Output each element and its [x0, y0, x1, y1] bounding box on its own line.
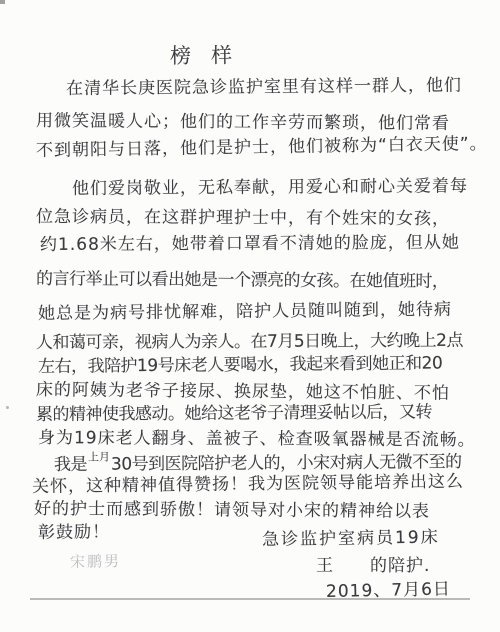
letter-line: 她总是为病号排忧解难，陪护人员随叫随到，她待病: [38, 295, 452, 324]
letter-line: 位急诊病员，在这群护理护士中，有个姓宋的女孩，: [36, 202, 450, 229]
signature-role: 的陪护.: [370, 556, 430, 576]
letter-line: 在清华长庚医院急诊监护室里有这样一群人，他们: [66, 71, 462, 99]
scanned-letter-page: 榜样 在清华长庚医院急诊监护室里有这样一群人，他们 用微笑温暖人心；他们的工作辛…: [0, 0, 500, 632]
scan-speck: [0, 0, 5, 4]
letter-line: 他们爱岗敬业，无私奉献，用爱心和耐心关爱着每: [72, 171, 468, 199]
letter-line: 的言行举止可以看出她是一个漂亮的女孩。在她值班时，: [36, 264, 449, 292]
letter-title: 榜样: [170, 39, 252, 70]
letter-line: 彰鼓励！: [38, 517, 110, 543]
pencil-signature: 宋鹏男: [70, 550, 121, 572]
signature-name: 王的陪护.: [316, 551, 430, 576]
inline-insertion: 上月: [88, 451, 110, 464]
signature-surname: 王: [316, 556, 334, 576]
letter-line: 累的精神使我感动。她给这老爷子清理妥帖以后，又转: [36, 397, 432, 425]
letter-line: 关怀，这种精神值得赞扬！我为医院领导能培养出这么: [32, 467, 464, 497]
signature-unit-line: 急诊监护室病员19床: [262, 523, 440, 550]
ink-dot: [6, 406, 9, 409]
letter-line: 约1.68米左右，她带着口罩看不清她的脸庞，但从她: [40, 228, 460, 255]
letter-line: 左右，我陪护19号床老人要喝水，我起来看到她正和20: [38, 348, 442, 377]
paper-bottom-edge: [30, 598, 470, 600]
letter-line: 不到朝阳与日落，他们是护士，他们被称为“白衣天使”。: [36, 129, 488, 161]
